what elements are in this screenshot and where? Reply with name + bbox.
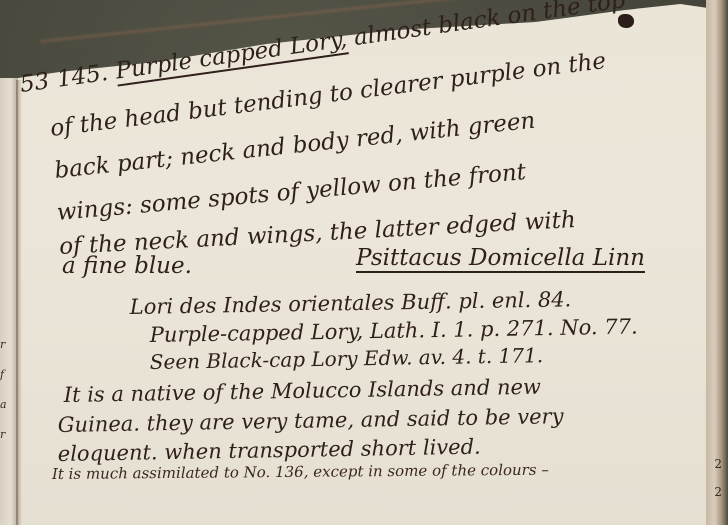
description-line-with-binomial: a fine blue. Psittacus Domicella Linn: [62, 253, 192, 279]
footnote-line: It is much assimilated to No. 136, excep…: [52, 461, 549, 483]
description-line: almost black on the top: [352, 0, 627, 51]
reference-line: Seen Black-cap Lory Edw. av. 4. t. 171.: [150, 343, 544, 374]
margin-marker: 53: [18, 68, 51, 98]
reference-line: Lori des Indes orientales Buff. pl. enl.…: [130, 287, 572, 319]
note-line: It is a native of the Molucco Islands an…: [64, 375, 542, 407]
description-line: a fine blue.: [62, 253, 192, 279]
entry-number: 145.: [55, 60, 109, 93]
handwritten-entry: 53145.Purple capped Lory, almost black o…: [0, 0, 728, 525]
entry-title: Purple capped Lory,: [114, 26, 349, 84]
binomial-name: Psittacus Domicella Linn: [356, 245, 645, 271]
note-line: Guinea. they are very tame, and said to …: [58, 404, 564, 437]
reference-line: Purple-capped Lory, Lath. I. 1. p. 271. …: [150, 314, 638, 347]
